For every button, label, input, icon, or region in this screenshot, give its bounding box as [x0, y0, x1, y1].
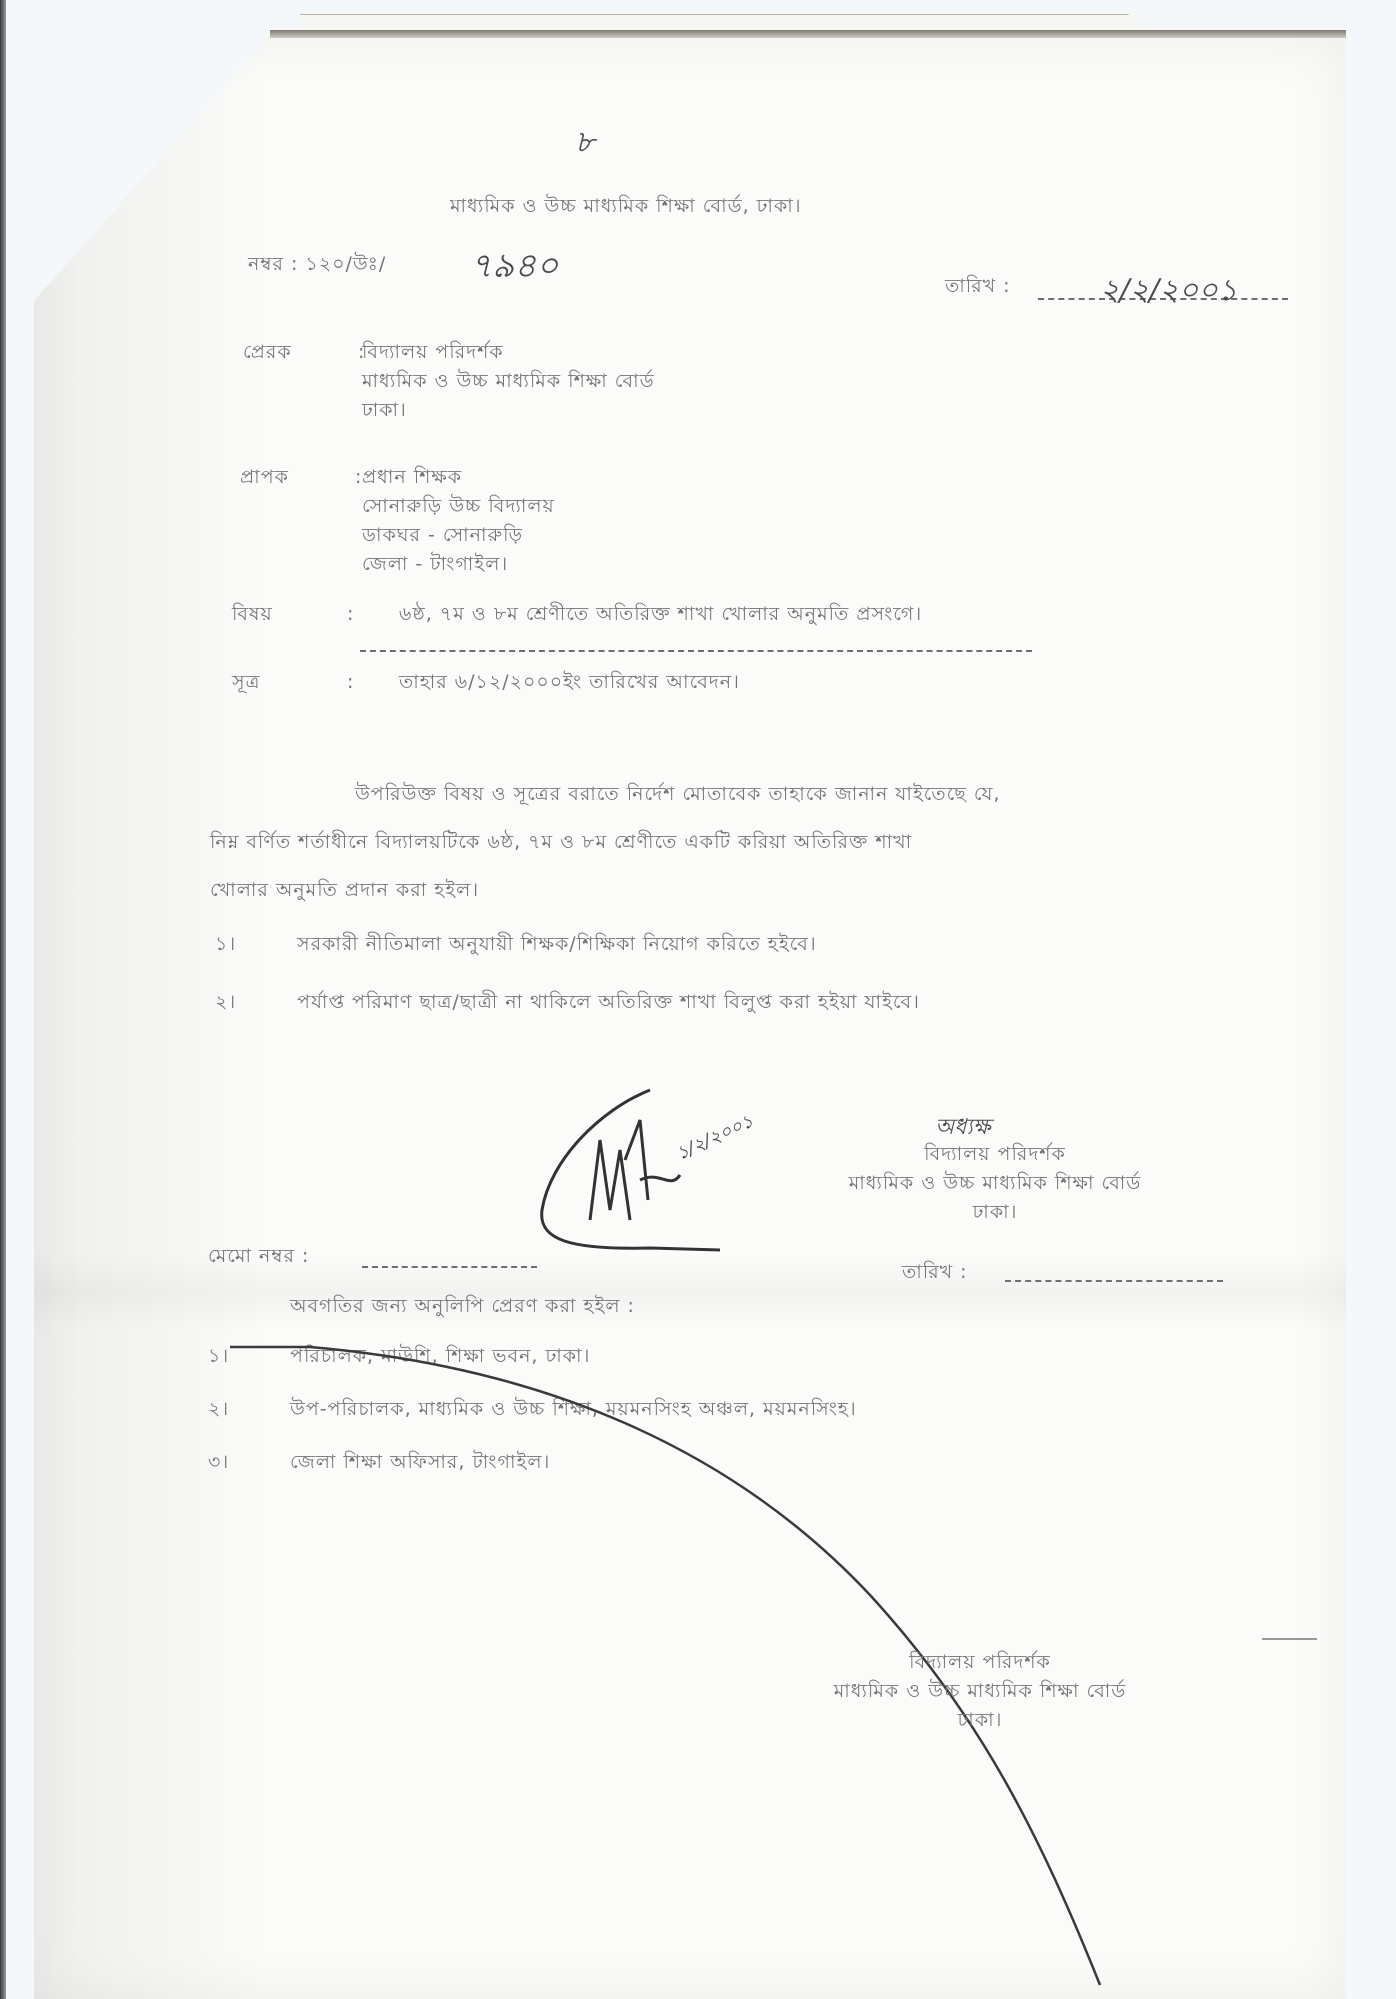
- signatory-2-block: বিদ্যালয় পরিদর্শক মাধ্যমিক ও উচ্চ মাধ্য…: [770, 1648, 1190, 1735]
- condition-1: ১। সরকারী নীতিমালা অনুযায়ী শিক্ষক/শিক্ষ…: [215, 930, 817, 962]
- date-2-label: তারিখ :: [902, 1258, 968, 1290]
- memo-number-2-label: মেমো নম্বর :: [208, 1242, 309, 1274]
- memo-number: নম্বর : ১২০/উঃ/: [248, 250, 386, 282]
- reference-row: সূত্র: তাহার ৬/১২/২০০০ইং তারিখের আবেদন।: [232, 668, 740, 700]
- pencil-mark: [1262, 1638, 1317, 1640]
- subject-label: বিষয়: [232, 600, 347, 632]
- subject-underline: [360, 650, 1032, 652]
- subject-row: বিষয়: ৬ষ্ঠ, ৭ম ও ৮ম শ্রেণীতে অতিরিক্ত শ…: [232, 600, 922, 632]
- memo-number-2-blank: [362, 1266, 537, 1268]
- reference-label: সূত্র: [232, 668, 347, 700]
- org-header: মাধ্যমিক ও উচ্চ মাধ্যমিক শিক্ষা বোর্ড, ঢ…: [450, 192, 802, 224]
- memo-number-handwritten: ৭৯৪০: [470, 240, 558, 297]
- memo-number-prefix: ১২০/উঃ/: [305, 253, 386, 275]
- reference-text: তাহার ৬/১২/২০০০ইং তারিখের আবেদন।: [399, 671, 740, 693]
- svg-text:১/২/২০০১: ১/২/২০০১: [673, 1111, 756, 1165]
- body-paragraph: উপরিউক্ত বিষয় ও সূত্রের বরাতে নির্দেশ ম…: [210, 770, 1210, 914]
- date-2-blank: [1005, 1280, 1223, 1282]
- to-label: প্রাপক: [240, 463, 355, 495]
- from-label: প্রেরক: [243, 338, 358, 370]
- scanner-edge: [0, 0, 6, 1999]
- signature-scribble: ১/২/২০০১: [530, 1080, 770, 1260]
- page-top-edge: [270, 30, 1346, 38]
- date-handwritten: ২/২/২০০১: [1100, 266, 1237, 317]
- page-marker: ৮: [575, 118, 594, 169]
- to-address: প্রধান শিক্ষক সোনারুড়ি উচ্চ বিদ্যালয় ড…: [362, 463, 555, 579]
- subject-text: ৬ষ্ঠ, ৭ম ও ৮ম শ্রেণীতে অতিরিক্ত শাখা খোল…: [399, 603, 922, 625]
- condition-2: ২। পর্যাপ্ত পরিমাণ ছাত্র/ছাত্রী না থাকিল…: [215, 988, 920, 1020]
- date-label: তারিখ :: [945, 272, 1011, 304]
- copy-intro: অবগতির জন্য অনুলিপি প্রেরণ করা হইল :: [290, 1292, 635, 1324]
- from-address: বিদ্যালয় পরিদর্শক মাধ্যমিক ও উচ্চ মাধ্য…: [362, 338, 655, 425]
- signatory-1-block: বিদ্যালয় পরিদর্শক মাধ্যমিক ও উচ্চ মাধ্য…: [795, 1140, 1195, 1227]
- memo-number-label: নম্বর :: [248, 253, 298, 275]
